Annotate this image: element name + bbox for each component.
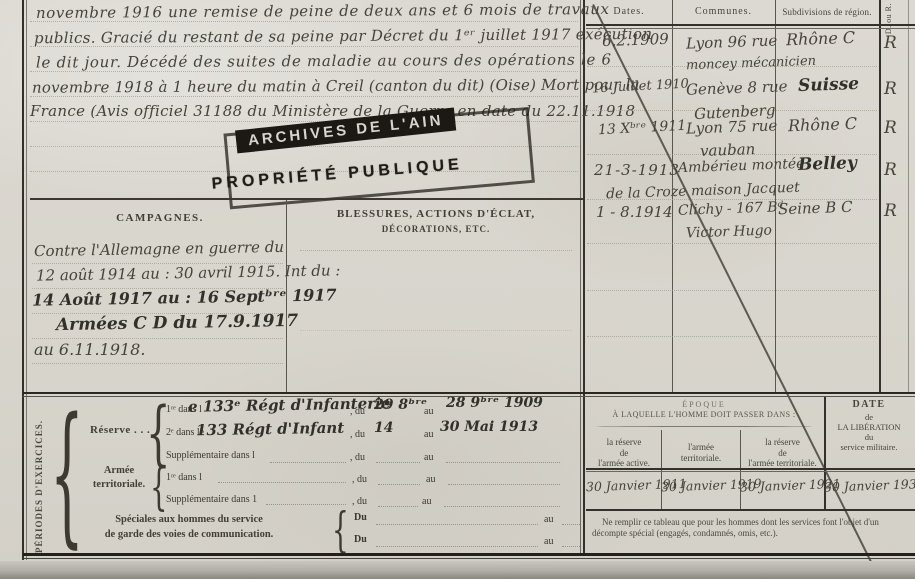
au-label: au — [426, 474, 435, 485]
epoque-value: 30 Janvier 1931 — [824, 476, 915, 494]
campagnes-line: 14 Août 1917 au : 16 Septᵇʳᵉ 1917 — [32, 285, 337, 309]
note-line: novembre 1918 à 1 heure du matin à Creil… — [32, 75, 640, 96]
campagnes-line: au 6.11.1918. — [34, 340, 145, 359]
note-line: le dit jour. Décédé des suites de maladi… — [36, 50, 612, 71]
note-line: publics. Gracié du restant de sa peine p… — [34, 25, 652, 47]
epoque-col1-header: la réserve de l'armée active. — [588, 437, 660, 469]
mark-cell: R — [884, 201, 897, 221]
commune-cell-line1: Lyon 96 rue — [686, 31, 778, 52]
epoque-footnote: Ne remplir ce tableau que pour les homme… — [592, 517, 910, 539]
du-label: , du — [352, 496, 367, 507]
territoriale-row2-printed: Supplémentaire dans 1 — [166, 494, 257, 505]
campagnes-line: 12 août 1914 au : 30 avril 1915. Int du … — [36, 261, 341, 284]
commune-cell-line2: Victor Hugo — [686, 223, 773, 242]
reserve-row2-du-value: 14 — [374, 420, 393, 436]
left-border-line — [22, 0, 24, 560]
au-label: au — [544, 514, 553, 525]
note-line: novembre 1916 une remise de peine de deu… — [36, 0, 610, 22]
reserve-row1-du-value: 29 8ᵇʳᵉ — [374, 397, 427, 413]
scanned-military-record-card: novembre 1916 une remise de peine de deu… — [0, 0, 915, 579]
au-label: au — [424, 429, 433, 440]
mark-cell: R — [884, 33, 897, 53]
blessures-title-line1: BLESSURES, ACTIONS D'ÉCLAT, — [300, 208, 572, 220]
epoque-header-underline-inner — [586, 471, 915, 472]
header-underline-inner — [586, 28, 915, 29]
date-cell: 13 Xᵇʳᵉ 1911 — [598, 118, 687, 139]
au-label: au — [422, 496, 431, 507]
commune-cell-line1: Lyon 75 rue — [686, 116, 778, 137]
reserve-label: Réserve . . . — [90, 424, 150, 436]
epoque-value: 30 Janvier 1921 — [740, 477, 824, 495]
armee-territoriale-label: Armée territoriale. — [78, 464, 160, 492]
mark-cell: R — [884, 79, 897, 99]
epoque-values-underline — [586, 509, 915, 511]
col-divider-bold — [879, 0, 881, 392]
subdivision-cell: Rhône C — [786, 28, 856, 49]
epoque-value: 30 Janvier 1919 — [661, 477, 740, 495]
mark-cell: R — [884, 118, 897, 138]
date-cell: 1 - 8.1914 — [596, 203, 673, 221]
epoque-title-underline — [596, 426, 812, 427]
Du-label: Du — [354, 512, 367, 523]
residence-header-d-ou-r: D. ou R. — [884, 3, 893, 34]
epoque-header-underline — [586, 468, 915, 470]
territoriale-row1-printed: 1ʳᵉ dans l — [166, 472, 202, 483]
col-divider — [908, 0, 909, 392]
subdivision-cell: Belley — [798, 153, 857, 175]
liberation-col-header: de LA LIBÉRATION du service militaire. — [826, 412, 912, 452]
residence-header-communes: Communes. — [672, 6, 775, 17]
du-label: , du — [350, 452, 365, 463]
epoque-value: 30 Janvier 1911 — [586, 477, 661, 495]
paper-bottom-edge — [0, 561, 915, 579]
commune-cell-line1: Genève 8 rue — [686, 77, 788, 99]
reserve-row2-regiment: 133 Régt d'Infant — [196, 419, 344, 440]
Du-label: Du — [354, 534, 367, 545]
campagnes-line: Armées C D du 17.9.1917 — [56, 311, 298, 335]
bottom-border-line — [23, 553, 915, 556]
date-cell: 21-3-1913 — [594, 161, 680, 179]
left-border-inner-line — [26, 0, 27, 560]
armee-brace: { — [150, 462, 167, 512]
header-underline — [586, 24, 915, 26]
epoque-title: ÉPOQUE — [586, 400, 822, 409]
reserve-row1-au-value: 28 9ᵇʳᵉ 1909 — [446, 395, 543, 411]
subdivision-cell: Rhône C — [788, 114, 858, 135]
liberation-col-title: DATE — [826, 399, 912, 410]
speciales-brace: { — [332, 506, 349, 554]
au-label: au — [544, 536, 553, 547]
periodes-side-label: PÉRIODES D'EXERCICES. — [34, 408, 44, 553]
campagnes-title: CAMPAGNES. — [60, 212, 260, 224]
residence-header-subdivisions: Subdivisions de région. — [773, 7, 881, 17]
reserve-row2-au-value: 30 Mai 1913 — [440, 419, 538, 435]
mark-cell: R — [884, 160, 897, 180]
au-label: au — [424, 452, 433, 463]
du-label: , du — [352, 474, 367, 485]
epoque-col2-header: l'armée territoriale. — [663, 442, 739, 463]
epoque-subtitle: À LAQUELLE L'HOMME DOIT PASSER DANS : — [586, 410, 822, 419]
subdivision-cell: Suisse — [798, 74, 860, 96]
epoque-col3-header: la réserve de l'armée territoriale. — [742, 437, 823, 469]
bottom-border-inner-line — [23, 558, 915, 559]
commune-cell-line1: Ambérieu montée — [678, 156, 805, 176]
du-label: , du — [350, 406, 365, 417]
campagnes-line: Contre l'Allemagne en guerre du — [34, 238, 284, 260]
subdivision-cell: Seine B C — [778, 198, 853, 219]
speciales-label: Spéciales aux hommes du service de garde… — [58, 512, 320, 542]
blessures-title-line2: DÉCORATIONS, ETC. — [300, 224, 572, 234]
commune-cell-line2: moncey mécanicien — [686, 54, 817, 74]
reserve-row3-printed: Supplémentaire dans l — [166, 450, 255, 461]
du-label: , du — [350, 429, 365, 440]
section-divider-line — [30, 198, 583, 200]
au-label: au — [424, 406, 433, 417]
